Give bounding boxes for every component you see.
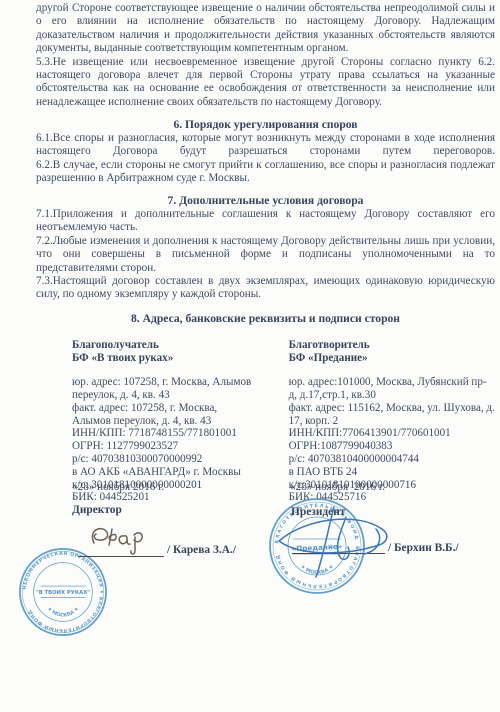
beneficiary-actual-address: факт. адрес: 107258, г. Москва, Алымов п…: [72, 402, 253, 428]
force-majeure-paragraph-continuation: другой Стороне соответствующее извещение…: [36, 2, 495, 56]
clause-7-1: 7.1.Приложения и дополнительные соглашен…: [36, 208, 495, 235]
seal-bottom-text: ★ МОСКВА ★: [46, 605, 81, 618]
beneficiary-bik: БИК: 044525201: [72, 491, 253, 504]
benefactor-name: БФ «Предание»: [289, 352, 495, 365]
beneficiary-bank: в АО АКБ «АВАНГАРД» г. Москвы: [72, 466, 253, 479]
section-7-heading: 7. Дополнительные условия договора: [36, 194, 495, 208]
clause-7-2: 7.2.Любые изменения и дополнения к насто…: [36, 235, 495, 275]
clause-5-3: 5.3.Не извещение или несвоевременное изв…: [36, 56, 495, 110]
clause-7-3: 7.3.Настоящий договор составлен в двух э…: [36, 275, 495, 302]
beneficiary-name: БФ «В твоих руках»: [72, 352, 253, 365]
beneficiary-role: Благополучатель: [72, 339, 253, 352]
benefactor-signature-ink: [276, 499, 394, 587]
contract-page: другой Стороне соответствующее извещение…: [0, 0, 500, 712]
beneficiary-signature-ink: [80, 523, 148, 557]
section-8-heading: 8. Адреса, банковские реквизиты и подпис…: [36, 312, 495, 326]
benefactor-column: Благотворитель БФ «Предание» юр. адрес:1…: [289, 339, 495, 504]
beneficiary-round-seal: НЕКОММЕРЧЕСКАЯ ОРГАНИЗАЦИЯ ★ БЛАГОТВОРИТ…: [17, 546, 109, 638]
benefactor-inn-kpp: ИНН/КПП:7706413901/770601001: [289, 427, 495, 440]
beneficiary-legal-address: юр. адрес: 107258, г. Москва, Алымов пер…: [72, 376, 253, 402]
beneficiary-inn-kpp: ИНН/КПП: 7718748155/771801001: [72, 427, 253, 440]
beneficiary-column: Благополучатель БФ «В твоих руках» юр. а…: [72, 339, 253, 504]
benefactor-bank: в ПАО ВТБ 24: [289, 466, 495, 479]
beneficiary-signature-name: / Карева З.А./: [167, 544, 236, 556]
beneficiary-date: «28» ноября 2016 г.: [72, 481, 164, 493]
beneficiary-signer-title: Директор: [72, 504, 122, 516]
beneficiary-account: р/с: 40703810300070000992: [72, 453, 253, 466]
svg-text:★ МОСКВА ★: ★ МОСКВА ★: [46, 605, 81, 618]
benefactor-role: Благотворитель: [289, 339, 495, 352]
benefactor-legal-address: юр. адрес:101000, Москва, Лубянский пр-д…: [289, 376, 495, 402]
seal-center-text: "В ТВОИХ РУКАХ": [36, 590, 90, 596]
requisites-columns: Благополучатель БФ «В твоих руках» юр. а…: [72, 339, 495, 504]
clause-6-1: 6.1.Все споры и разногласия, которые мог…: [36, 132, 495, 159]
beneficiary-ogrn: ОГРН: 1127799023527: [72, 440, 253, 453]
benefactor-signature-name: / Берхин В.Б./: [388, 542, 459, 554]
clause-6-2: 6.2.В случае, если стороны не смогут при…: [36, 159, 495, 186]
benefactor-date: «28» ноября 2016 г.: [290, 481, 385, 493]
section-6-heading: 6. Порядок урегулирования споров: [36, 118, 495, 132]
benefactor-actual-address: факт. адрес: 115162, Москва, ул. Шухова,…: [289, 402, 495, 428]
benefactor-ogrn: ОГРН:1087799040383: [289, 440, 495, 453]
benefactor-account: р/с: 40703810400000004744: [289, 453, 495, 466]
